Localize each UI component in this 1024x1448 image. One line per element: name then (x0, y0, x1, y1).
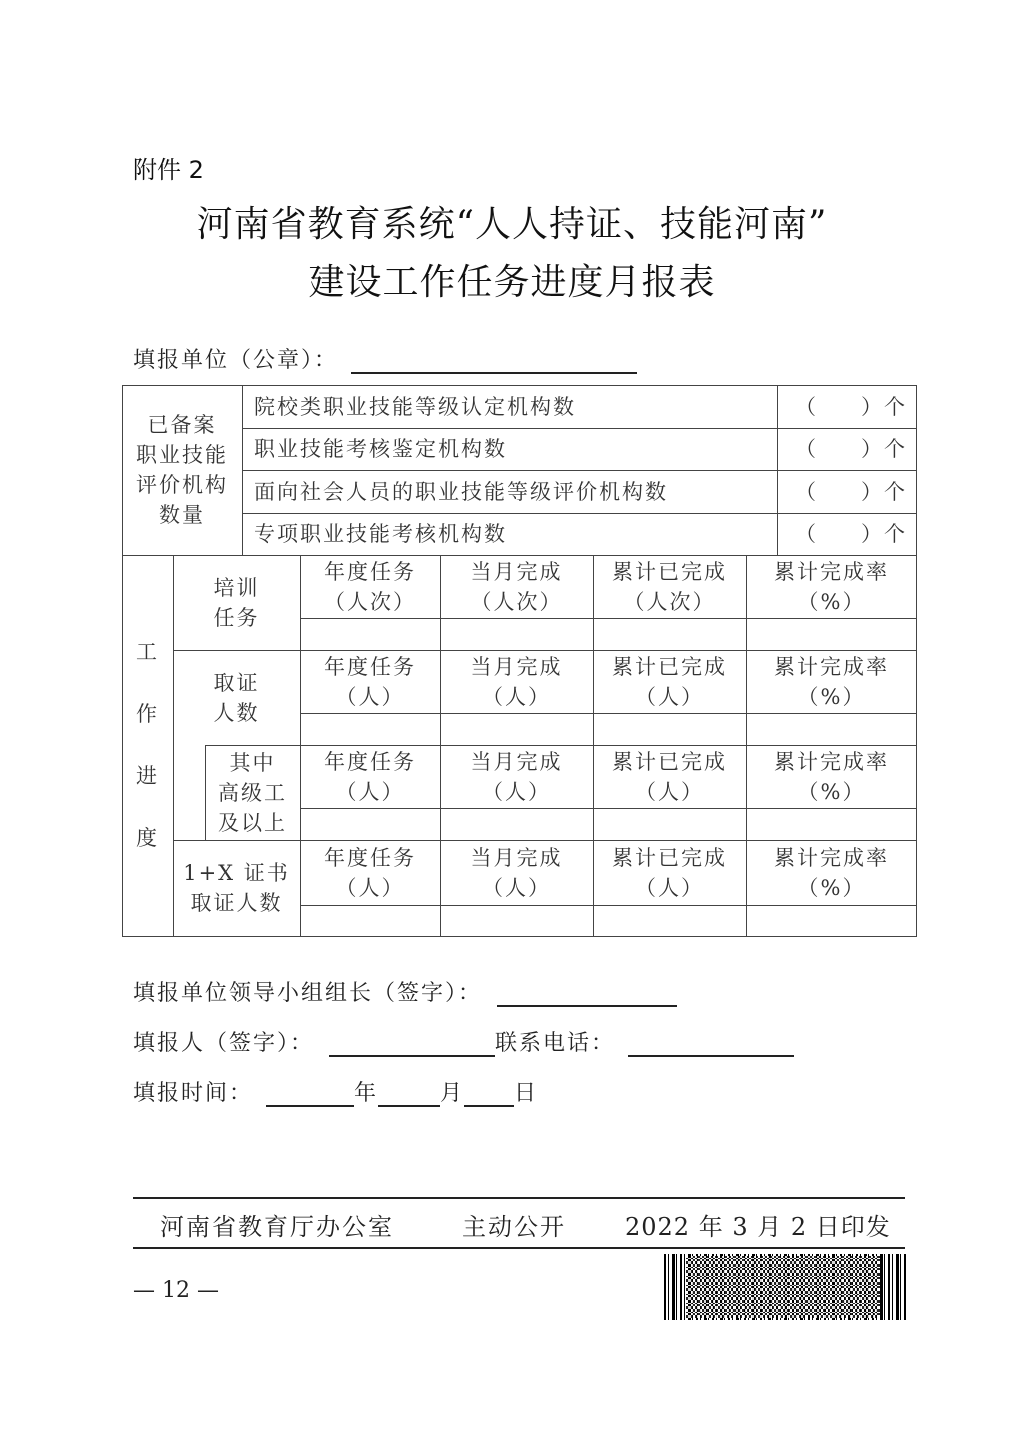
year-label: 年 (354, 1081, 378, 1106)
header-text: 累计完成率 (774, 747, 889, 777)
report-date-row: 填报时间： 年月日 (133, 1076, 538, 1107)
reporting-unit-label: 填报单位（公章）： (133, 348, 338, 373)
header-text: 当月完成 (471, 747, 563, 777)
barcode-icon (664, 1254, 908, 1320)
day-label: 日 (514, 1081, 538, 1106)
footer-rule-bottom (133, 1247, 905, 1249)
reporter-row: 填报人（签字）： 联系电话： (133, 1026, 794, 1057)
label-line: 1+X 证书 (183, 858, 290, 888)
col-header-cumulative: 累计已完成（人） (593, 650, 746, 713)
input-month[interactable] (440, 905, 593, 936)
header-text: 年度任务 (324, 747, 416, 777)
table-border-bottom (122, 936, 917, 937)
header-text: 累计已完成 (612, 557, 727, 587)
header-unit: （人） (482, 873, 551, 903)
page-number: — 12 — (133, 1278, 219, 1303)
input-cumulative[interactable] (593, 618, 746, 650)
header-unit: （人） (482, 777, 551, 807)
phone-field[interactable] (628, 1033, 794, 1057)
paren-open: （ (795, 477, 818, 507)
label-line: 及以上 (218, 808, 287, 838)
header-text: 年度任务 (324, 843, 416, 873)
col-header-month: 当月完成（人） (440, 840, 593, 905)
month-label: 月 (440, 1081, 464, 1106)
institution-row-label: 专项职业技能考核机构数 (242, 513, 777, 555)
document-title-line1: 河南省教育系统“人人持证、技能河南” (0, 196, 1024, 247)
group-label-line: 评价机构 (136, 470, 228, 500)
header-text: 累计已完成 (612, 652, 727, 682)
document-title-line2: 建设工作任务进度月报表 (0, 254, 1024, 305)
col-header-rate: 累计完成率（%） (746, 745, 917, 808)
label-line: 培训 (214, 573, 260, 603)
day-field[interactable] (464, 1083, 514, 1107)
section-label-certified: 取证 人数 (173, 650, 300, 745)
input-month[interactable] (440, 618, 593, 650)
year-field[interactable] (266, 1083, 354, 1107)
header-unit: （人） (336, 682, 405, 712)
col-header-rate: 累计完成率（%） (746, 555, 917, 618)
header-unit: （人次） (471, 587, 563, 617)
col-header-rate: 累计完成率（%） (746, 650, 917, 713)
institution-row-label: 院校类职业技能等级认定机构数 (242, 385, 777, 428)
header-text: 当月完成 (471, 843, 563, 873)
section-label-training: 培训 任务 (173, 555, 300, 650)
header-text: 累计已完成 (612, 843, 727, 873)
footer-issuer: 河南省教育厅办公室 (160, 1207, 394, 1242)
reporter-signature-label: 填报人（签字）： (133, 1031, 314, 1056)
label-line: 人数 (214, 698, 260, 728)
header-unit: （人次） (624, 587, 716, 617)
col-header-annual: 年度任务（人） (300, 840, 440, 905)
paren-open: （ (795, 434, 818, 464)
reporting-unit-row: 填报单位（公章）： (133, 343, 637, 374)
label-line: 任务 (214, 603, 260, 633)
header-text: 当月完成 (471, 652, 563, 682)
col-header-month: 当月完成（人次） (440, 555, 593, 618)
unit-label: ）个 (861, 392, 907, 422)
input-rate[interactable] (746, 808, 917, 840)
col-header-annual: 年度任务（人） (300, 745, 440, 808)
group-label-char: 度 (136, 807, 159, 869)
col-header-cumulative: 累计已完成（人次） (593, 555, 746, 618)
institution-count-field[interactable]: （）个 (777, 470, 917, 513)
header-unit: （人） (635, 682, 704, 712)
col-header-cumulative: 累计已完成（人） (593, 745, 746, 808)
input-cumulative[interactable] (593, 808, 746, 840)
header-unit: （%） (798, 682, 866, 712)
header-text: 年度任务 (324, 557, 416, 587)
label-line: 高级工 (218, 778, 287, 808)
unit-label: ）个 (861, 434, 907, 464)
institution-row-label: 职业技能考核鉴定机构数 (242, 428, 777, 470)
header-unit: （%） (798, 777, 866, 807)
header-text: 当月完成 (471, 557, 563, 587)
label-line: 取证 (214, 668, 260, 698)
footer-issue-date: 2022 年 3 月 2 日印发 (625, 1207, 891, 1242)
group-label-line: 数量 (159, 500, 205, 530)
col-header-month: 当月完成（人） (440, 650, 593, 713)
header-unit: （人） (336, 873, 405, 903)
progress-group-label: 工 作 进 度 (122, 620, 173, 870)
group-label-char: 进 (136, 745, 159, 807)
header-unit: （人） (336, 777, 405, 807)
month-field[interactable] (378, 1083, 440, 1107)
annex-label: 附件 2 (133, 150, 204, 185)
col-header-annual: 年度任务（人） (300, 650, 440, 713)
input-cumulative[interactable] (593, 713, 746, 745)
group-label-line: 职业技能 (136, 440, 228, 470)
col-header-cumulative: 累计已完成（人） (593, 840, 746, 905)
header-unit: （%） (798, 587, 866, 617)
group-label-line: 已备案 (148, 410, 217, 440)
col-header-rate: 累计完成率（%） (746, 840, 917, 905)
report-date-label: 填报时间： (133, 1081, 253, 1106)
institution-count-field[interactable]: （）个 (777, 513, 917, 555)
institution-count-field[interactable]: （）个 (777, 428, 917, 470)
leader-signature-row: 填报单位领导小组组长（签字）： (133, 976, 677, 1007)
input-cumulative[interactable] (593, 905, 746, 936)
label-line: 其中 (230, 748, 276, 778)
footer-rule-top (133, 1197, 905, 1199)
input-annual[interactable] (300, 618, 440, 650)
leader-signature-label: 填报单位领导小组组长（签字）： (133, 981, 482, 1006)
header-unit: （人） (635, 873, 704, 903)
input-month[interactable] (440, 808, 593, 840)
input-rate[interactable] (746, 905, 917, 936)
institution-row-label: 面向社会人员的职业技能等级评价机构数 (242, 470, 777, 513)
header-unit: （%） (798, 873, 866, 903)
header-text: 累计已完成 (612, 747, 727, 777)
paren-open: （ (795, 519, 818, 549)
institution-count-field[interactable]: （）个 (777, 385, 917, 428)
group-label-char: 工 (136, 621, 159, 683)
institutions-group-label: 已备案 职业技能 评价机构 数量 (122, 400, 242, 540)
section-label-1x: 1+X 证书 取证人数 (173, 840, 300, 936)
paren-open: （ (795, 392, 818, 422)
header-unit: （人次） (324, 587, 416, 617)
leader-signature-field[interactable] (497, 983, 677, 1007)
input-annual[interactable] (300, 713, 440, 745)
header-text: 年度任务 (324, 652, 416, 682)
reporter-signature-field[interactable] (329, 1033, 495, 1057)
reporting-unit-field[interactable] (351, 350, 637, 374)
header-unit: （人） (482, 682, 551, 712)
input-rate[interactable] (746, 618, 917, 650)
input-month[interactable] (440, 713, 593, 745)
header-text: 累计完成率 (774, 843, 889, 873)
group-label-char: 作 (136, 683, 159, 745)
input-rate[interactable] (746, 713, 917, 745)
section-label-senior: 其中 高级工 及以上 (205, 745, 300, 840)
phone-label: 联系电话： (495, 1031, 615, 1056)
header-text: 累计完成率 (774, 557, 889, 587)
header-text: 累计完成率 (774, 652, 889, 682)
input-annual[interactable] (300, 905, 440, 936)
col-header-month: 当月完成（人） (440, 745, 593, 808)
unit-label: ）个 (861, 477, 907, 507)
input-annual[interactable] (300, 808, 440, 840)
unit-label: ）个 (861, 519, 907, 549)
footer-disclosure: 主动公开 (462, 1207, 566, 1242)
label-line: 取证人数 (191, 888, 283, 918)
header-unit: （人） (635, 777, 704, 807)
col-header-annual: 年度任务（人次） (300, 555, 440, 618)
